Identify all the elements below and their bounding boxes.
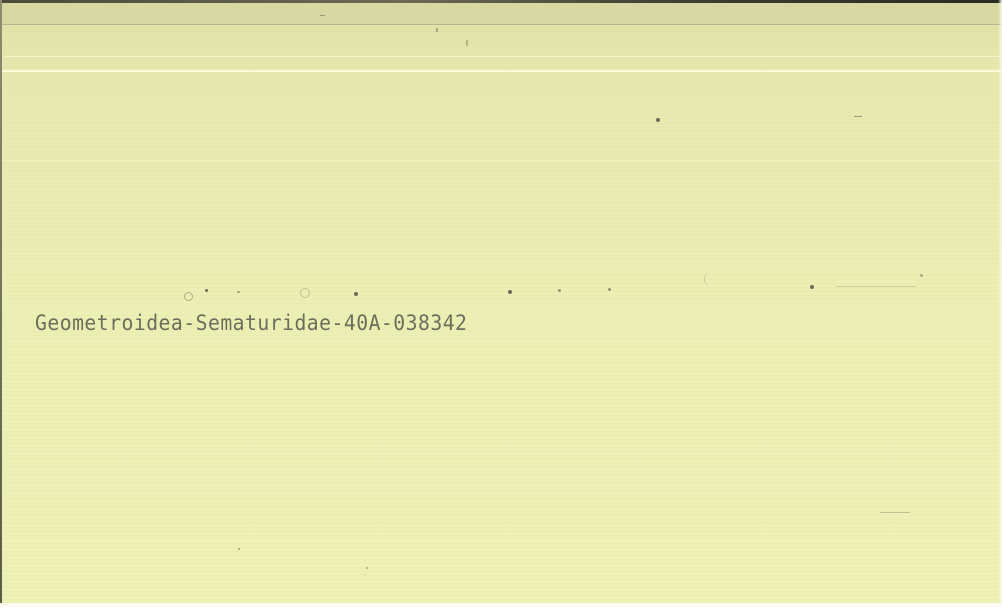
faded-mark	[466, 40, 468, 46]
card-top-band	[0, 3, 1002, 25]
faded-mark	[810, 285, 814, 289]
faded-mark	[436, 28, 438, 32]
faded-mark	[880, 512, 910, 513]
faded-mark	[184, 292, 193, 301]
faded-mark	[508, 290, 512, 294]
scan-streak	[0, 70, 1002, 72]
faded-mark	[354, 292, 358, 296]
faded-mark	[656, 118, 660, 122]
faded-mark	[836, 286, 916, 287]
scan-streak	[0, 160, 1002, 161]
card-bottom-edge	[0, 603, 1002, 607]
scan-streak	[0, 56, 1002, 57]
catalog-id-text: Geometroidea-Sematuridae-40A-038342	[35, 311, 467, 335]
faded-mark	[854, 116, 862, 117]
faded-mark	[920, 274, 923, 277]
faded-mark	[558, 289, 561, 292]
scan-streak	[0, 540, 1002, 541]
card-left-edge	[0, 0, 2, 607]
faded-mark	[608, 288, 611, 291]
faded-mark	[237, 291, 240, 293]
faded-mark	[238, 548, 240, 550]
faded-mark	[205, 289, 208, 292]
faded-mark	[320, 15, 325, 16]
faded-mark	[366, 567, 368, 569]
card-top-rule	[0, 24, 1002, 25]
card-right-edge	[998, 0, 1002, 607]
faded-mark	[300, 288, 310, 298]
faded-mark	[704, 272, 715, 286]
index-card: Geometroidea-Sematuridae-40A-038342	[0, 0, 1002, 607]
